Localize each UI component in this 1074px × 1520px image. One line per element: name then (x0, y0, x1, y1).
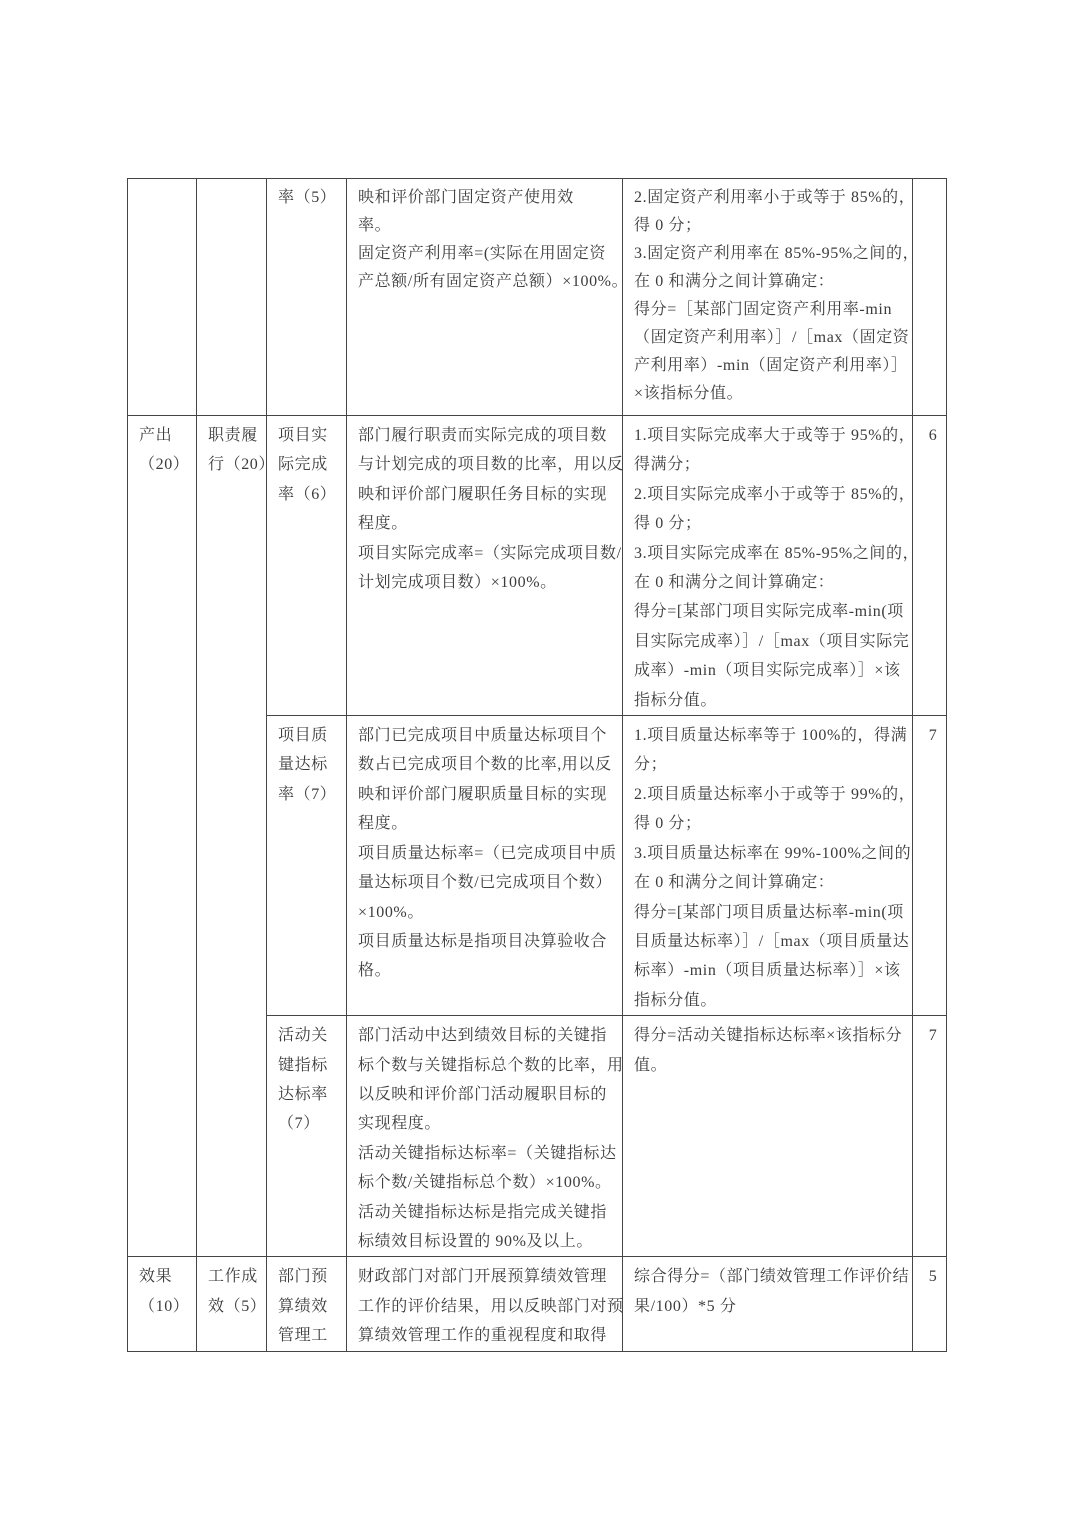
document-page: 率（5） 映和评价部门固定资产使用效 率。 固定资产利用率=(实际在用固定资 产… (0, 0, 1074, 1520)
score-cell: 5 (913, 1257, 947, 1351)
scoring-cell: 1.项目实际完成率大于或等于 95%的， 得满分； 2.项目实际完成率小于或等于… (623, 416, 913, 716)
explanation-cell: 映和评价部门固定资产使用效 率。 固定资产利用率=(实际在用固定资 产总额/所有… (347, 179, 623, 416)
level2-cell-work-effect: 工作成 效（5） (197, 1257, 267, 1351)
level1-cell-effect: 效果 （10） (128, 1257, 197, 1351)
scoring-cell: 2.固定资产利用率小于或等于 85%的， 得 0 分； 3.固定资产利用率在 8… (623, 179, 913, 416)
explanation-cell: 财政部门对部门开展预算绩效管理 工作的评价结果，用以反映部门对预 算绩效管理工作… (347, 1257, 623, 1351)
row-project-actual-completion-rate: 产出 （20） 职责履 行（20） 项目实 际完成 率（6） 部门履行职责而实际… (128, 416, 947, 716)
score-cell (913, 179, 947, 416)
scoring-cell: 综合得分=（部门绩效管理工作评价结 果/100）*5 分 (623, 1257, 913, 1351)
score-cell: 7 (913, 1016, 947, 1257)
explanation-cell: 部门活动中达到绩效目标的关键指 标个数与关键指标总个数的比率，用 以反映和评价部… (347, 1016, 623, 1257)
indicator-cell: 活动关 键指标 达标率 （7） (267, 1016, 347, 1257)
performance-indicator-table: 率（5） 映和评价部门固定资产使用效 率。 固定资产利用率=(实际在用固定资 产… (127, 178, 947, 1352)
score-cell: 7 (913, 716, 947, 1016)
level2-cell-continued (197, 179, 267, 416)
scoring-cell: 1.项目质量达标率等于 100%的，得满 分； 2.项目质量达标率小于或等于 9… (623, 716, 913, 1016)
row-budget-performance-management: 效果 （10） 工作成 效（5） 部门预 算绩效 管理工 财政部门对部门开展预算… (128, 1257, 947, 1351)
level1-cell-continued (128, 179, 197, 416)
indicator-cell: 项目质 量达标 率（7） (267, 716, 347, 1016)
indicator-cell: 率（5） (267, 179, 347, 416)
score-cell: 6 (913, 416, 947, 716)
level1-cell-output: 产出 （20） (128, 416, 197, 1257)
scoring-cell: 得分=活动关键指标达标率×该指标分 值。 (623, 1016, 913, 1257)
explanation-cell: 部门已完成项目中质量达标项目个 数占已完成项目个数的比率,用以反 映和评价部门履… (347, 716, 623, 1016)
indicator-cell: 部门预 算绩效 管理工 (267, 1257, 347, 1351)
indicator-cell: 项目实 际完成 率（6） (267, 416, 347, 716)
row-fixed-asset-utilization: 率（5） 映和评价部门固定资产使用效 率。 固定资产利用率=(实际在用固定资 产… (128, 179, 947, 416)
explanation-cell: 部门履行职责而实际完成的项目数 与计划完成的项目数的比率，用以反 映和评价部门履… (347, 416, 623, 716)
level2-cell-duty-performance: 职责履 行（20） (197, 416, 267, 1257)
